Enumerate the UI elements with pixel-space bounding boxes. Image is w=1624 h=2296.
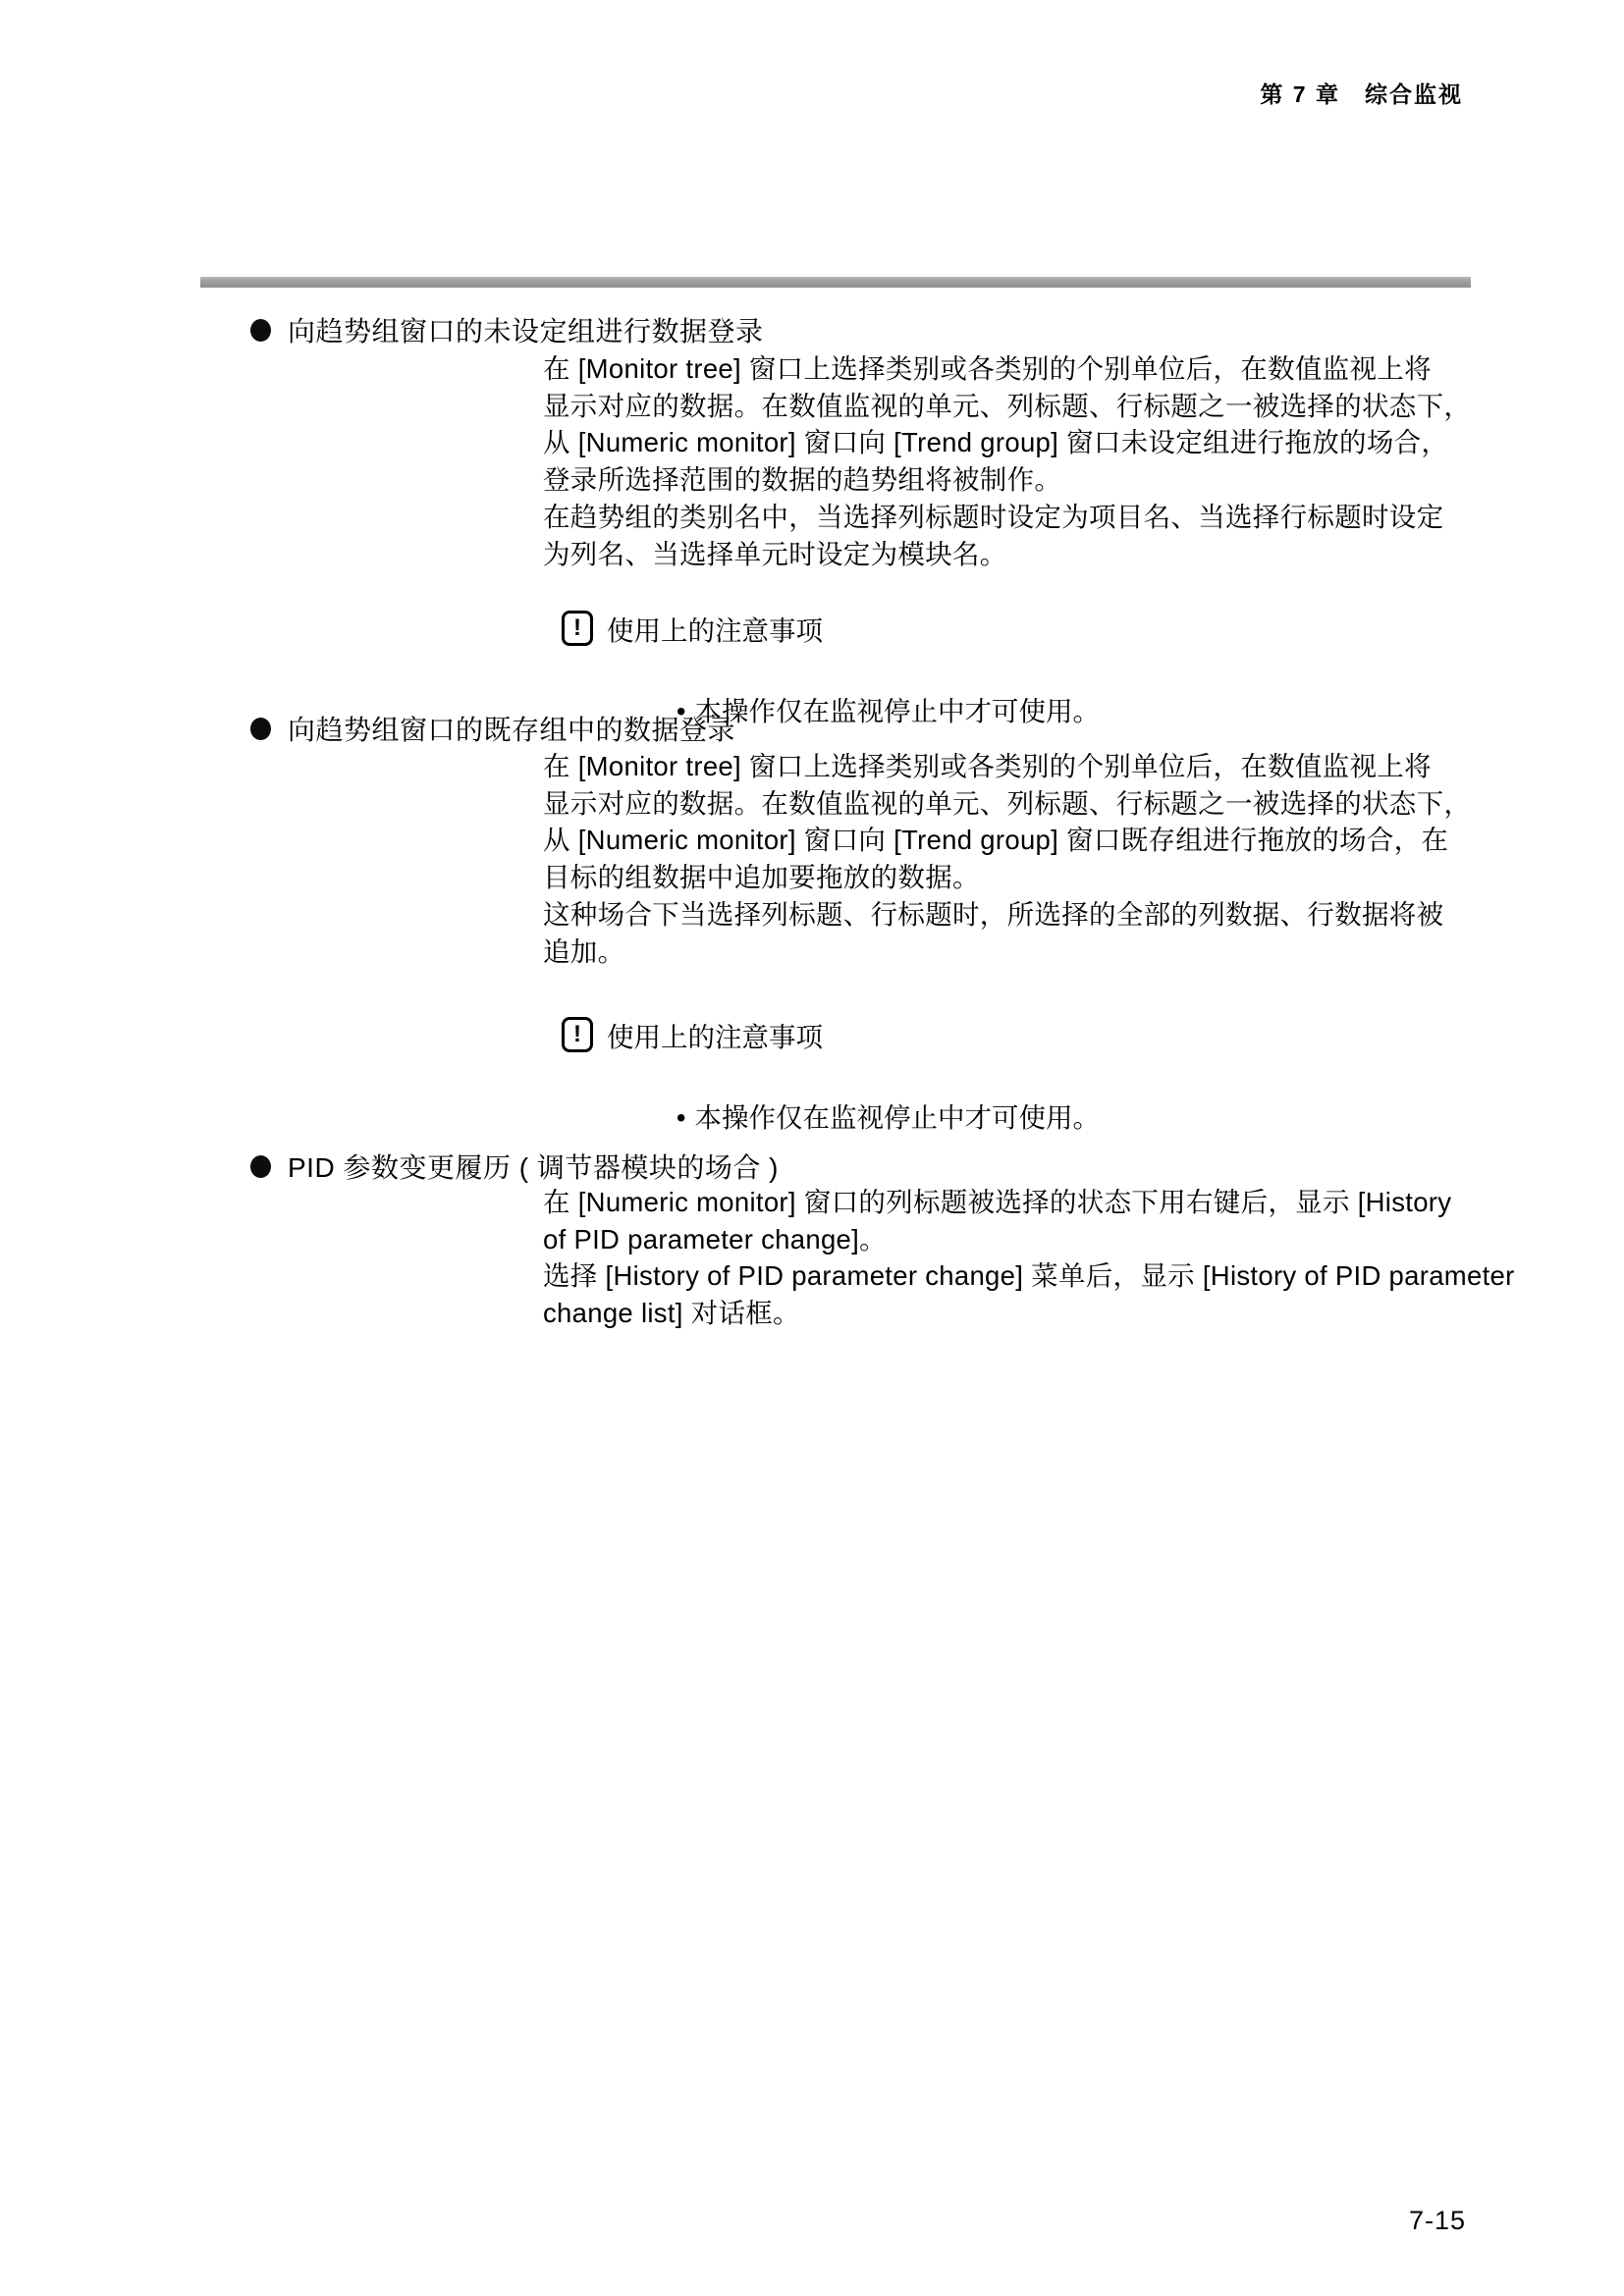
section-heading-trend-existing-group: 向趋势组窗口的既存组中的数据登录 <box>250 709 735 748</box>
section-body-pid-history: 在 [Numeric monitor] 窗口的列标题被选择的状态下用右键后，显示… <box>543 1184 1515 1332</box>
section-body-trend-existing-group: 在 [Monitor tree] 窗口上选择类别或各类别的个别单位后，在数值监视… <box>543 748 1471 970</box>
document-page: 第 7 章 综合监视 向趋势组窗口的未设定组进行数据登录 在 [Monitor … <box>0 0 1624 2296</box>
section-heading-label: PID 参数变更履历 ( 调节器模块的场合 ) <box>288 1147 779 1186</box>
bullet-icon <box>250 718 271 740</box>
caution-icon-glyph: ! <box>573 614 581 642</box>
section-heading-label: 向趋势组窗口的未设定组进行数据登录 <box>288 310 764 349</box>
caution-icon: ! <box>562 1017 593 1052</box>
caution-note-title: 使用上的注意事项 <box>607 1015 823 1054</box>
small-bullet-icon: • <box>677 1102 686 1133</box>
bullet-icon <box>250 319 271 342</box>
section-heading-pid-history: PID 参数变更履历 ( 调节器模块的场合 ) <box>250 1147 779 1186</box>
chapter-header: 第 7 章 综合监视 <box>1260 77 1463 109</box>
caution-note-title: 使用上的注意事项 <box>607 609 823 648</box>
section-body-trend-unset-group: 在 [Monitor tree] 窗口上选择类别或各类别的个别单位后，在数值监视… <box>543 350 1471 572</box>
bullet-icon <box>250 1155 271 1178</box>
caution-note-item-text: 本操作仅在监视停止中才可使用。 <box>694 1102 1100 1133</box>
caution-icon-glyph: ! <box>573 1021 581 1048</box>
caution-icon: ! <box>562 611 593 646</box>
section-divider-bar <box>200 277 1471 288</box>
caution-note-2: ! 使用上的注意事项 •本操作仅在监视停止中才可使用。 <box>562 1015 1100 1166</box>
caution-note-header: ! 使用上的注意事项 <box>562 609 1100 648</box>
page-number: 7-15 <box>1409 2206 1466 2236</box>
caution-note-header: ! 使用上的注意事项 <box>562 1015 1100 1054</box>
caution-note-item-text: 本操作仅在监视停止中才可使用。 <box>694 696 1100 726</box>
section-heading-trend-unset-group: 向趋势组窗口的未设定组进行数据登录 <box>250 310 764 349</box>
section-heading-label: 向趋势组窗口的既存组中的数据登录 <box>288 709 735 748</box>
